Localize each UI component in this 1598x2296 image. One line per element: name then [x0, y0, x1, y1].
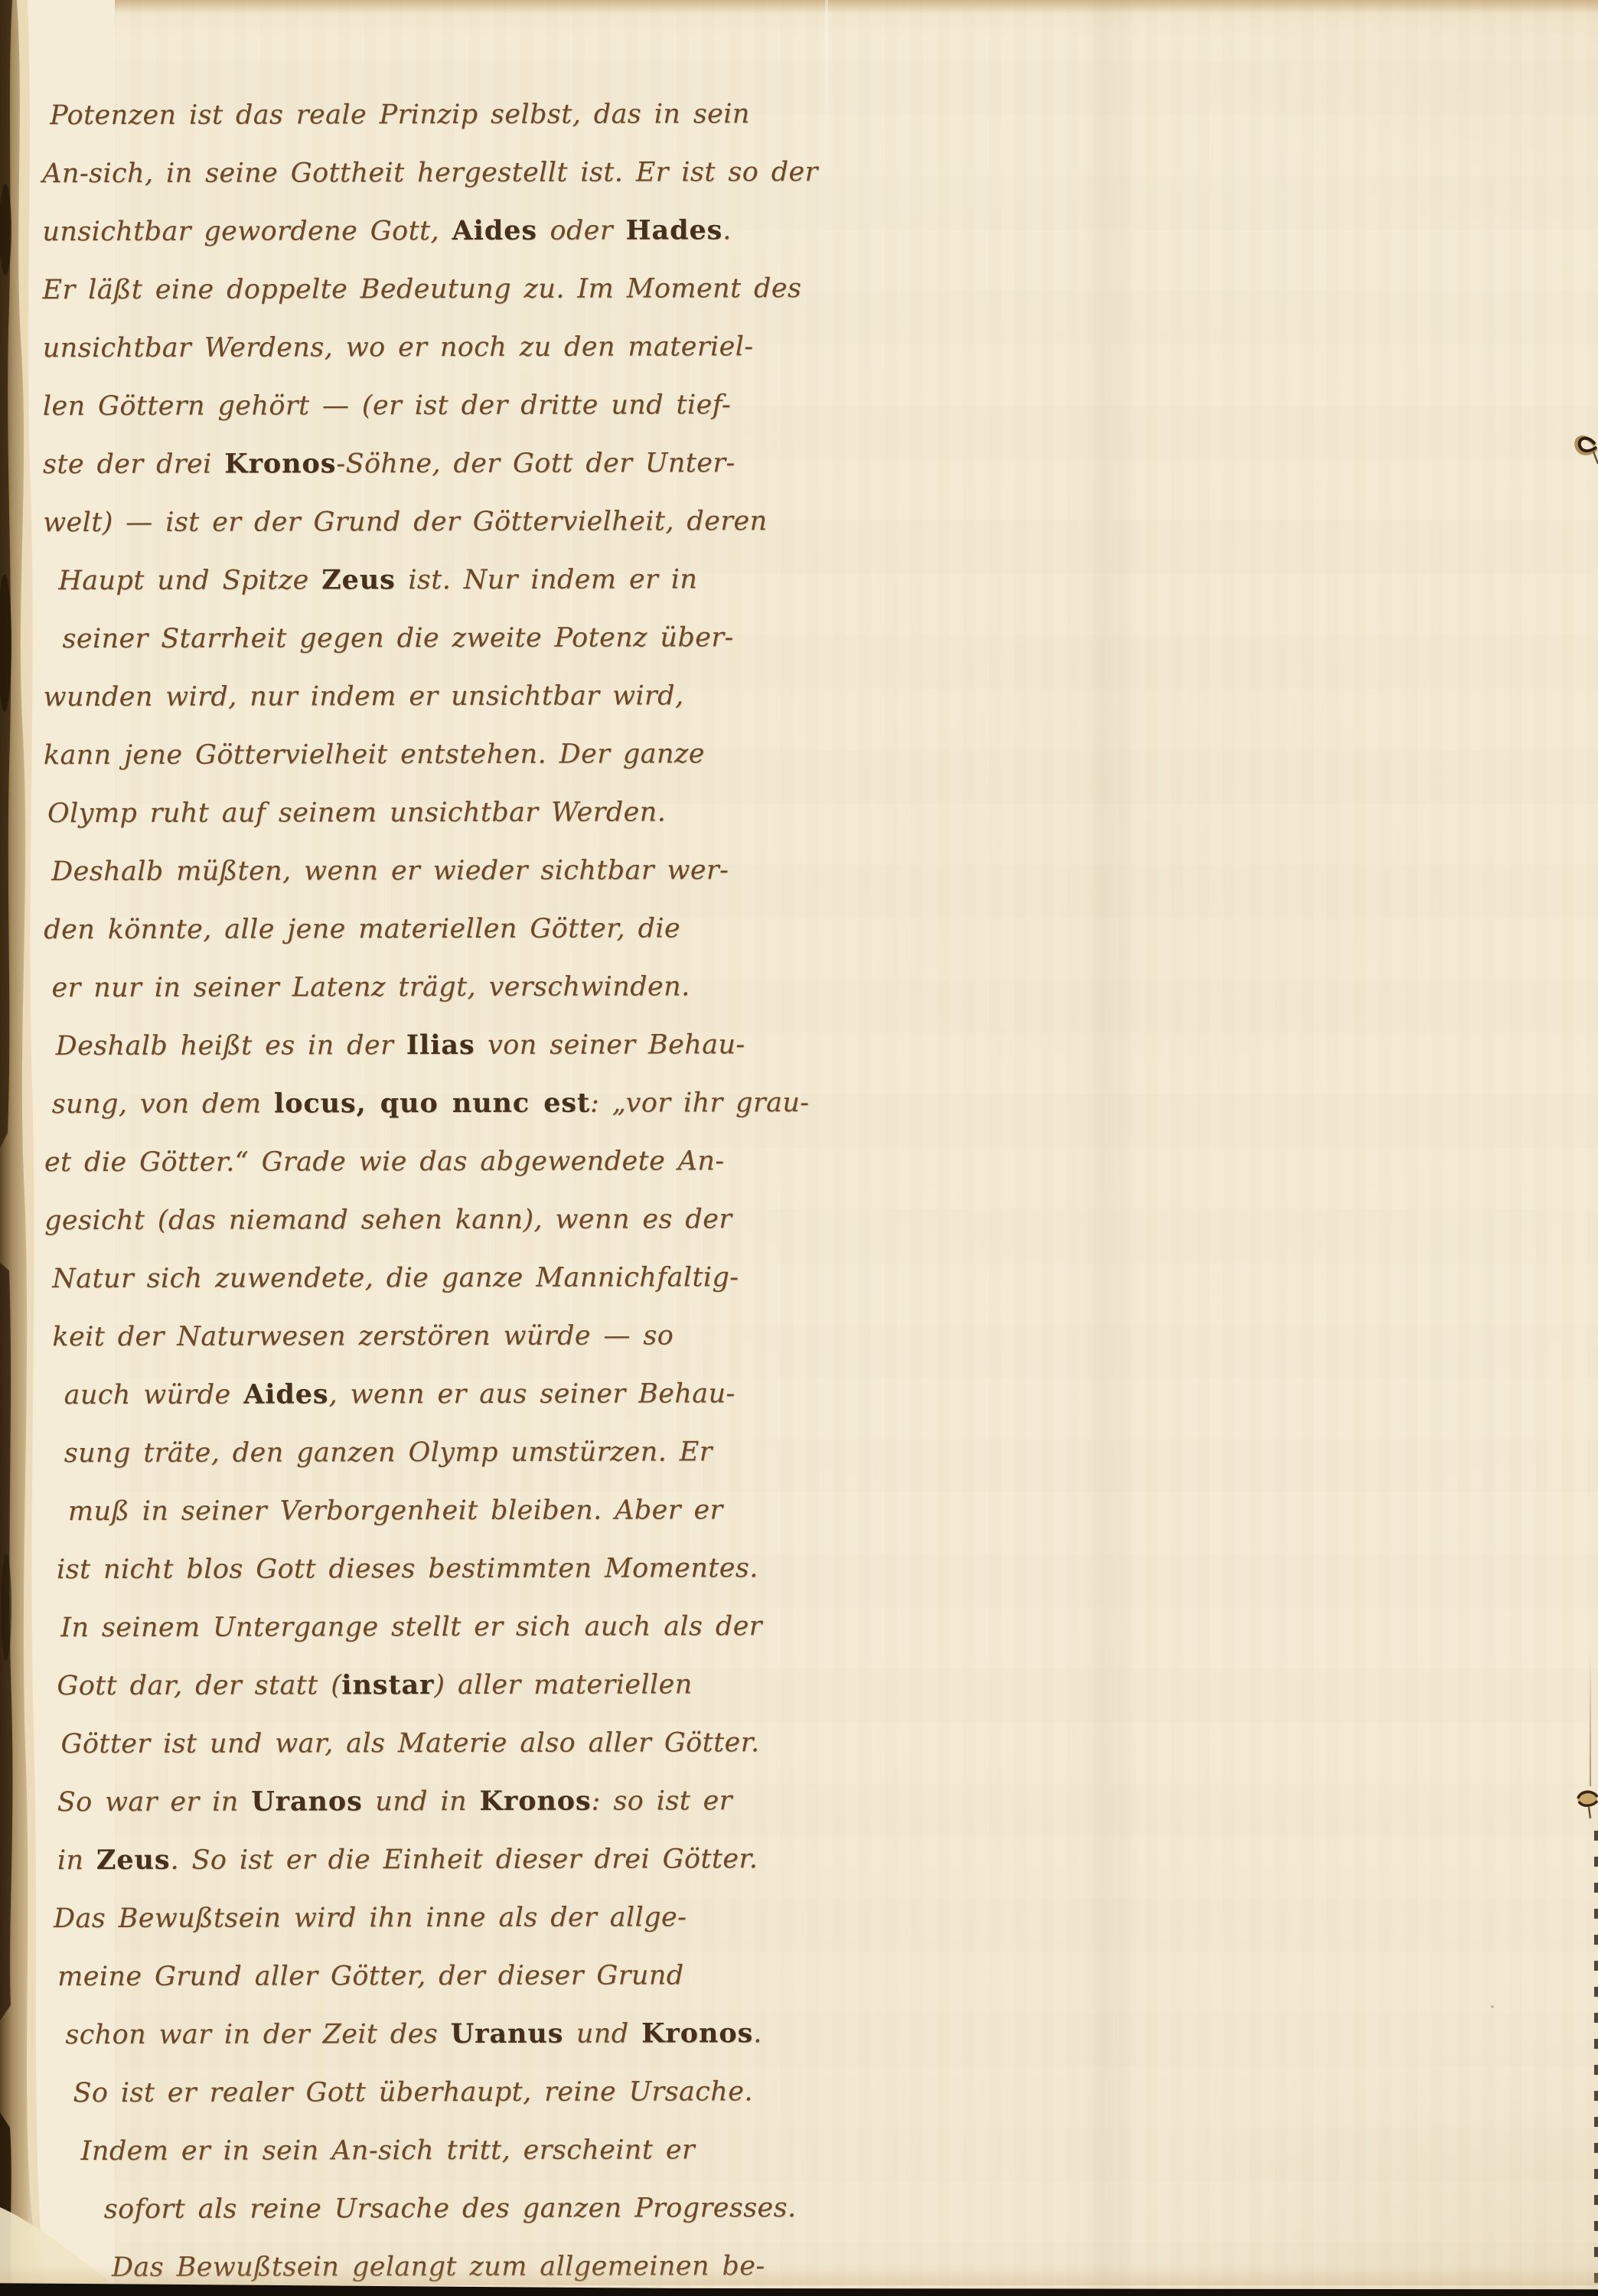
manuscript-line: keit der Naturwesen zerstören würde — so: [44, 1306, 890, 1366]
manuscript-line: seiner Starrheit gegen die zweite Potenz…: [43, 608, 889, 668]
latin-script-word: Kronos: [479, 1786, 591, 1817]
manuscript-line: Haupt und Spitze Zeus ist. Nur indem er …: [43, 550, 889, 610]
latin-script-word: Uranos: [251, 1786, 363, 1817]
latin-script-word: Uranus: [451, 2018, 564, 2050]
kurrent-text: Deshalb müßten, wenn er wieder sichtbar …: [51, 855, 729, 887]
manuscript-line: Götter ist und war, als Materie also all…: [45, 1714, 891, 1773]
manuscript-line: Er läßt eine doppelte Bedeutung zu. Im M…: [42, 259, 888, 319]
manuscript-line: Natur sich zuwendete, die ganze Mannichf…: [44, 1248, 890, 1308]
kurrent-text: sofort als reine Ursache des ganzen Prog…: [104, 2193, 797, 2225]
kurrent-text: : „vor ihr grau-: [590, 1088, 810, 1119]
kurrent-text: ste der drei: [43, 449, 224, 480]
manuscript-line: Gott dar, der statt (instar) aller mater…: [45, 1655, 891, 1715]
manuscript-line: Deshalb heißt es in der Ilias von seiner…: [44, 1016, 890, 1075]
kurrent-text: auch würde: [64, 1380, 244, 1411]
kurrent-text: muß in seiner Verborgenheit bleiben. Abe…: [68, 1495, 723, 1527]
kurrent-text: unsichtbar gewordene Gott,: [42, 216, 452, 247]
latin-script-word: instar: [341, 1669, 434, 1701]
kurrent-text: -Söhne, der Gott der Unter-: [336, 448, 735, 479]
kurrent-text: wunden wird, nur indem er unsichtbar wir…: [44, 680, 684, 713]
manuscript-line: in Zeus. So ist er die Einheit dieser dr…: [46, 1830, 892, 1890]
kurrent-text: den könnte, alle jene materiellen Götter…: [44, 913, 680, 945]
kurrent-text: , wenn er aus seiner Behau-: [328, 1378, 735, 1410]
latin-script-word: Kronos: [224, 448, 336, 479]
kurrent-text: An-sich, in seine Gottheit hergestellt i…: [42, 157, 818, 189]
page-top-edge-shadow: [0, 0, 1598, 14]
manuscript-line: Potenzen ist das reale Prinzip selbst, d…: [42, 85, 888, 145]
kurrent-text: Haupt und Spitze: [58, 565, 321, 596]
manuscript-text: Potenzen ist das reale Prinzip selbst, d…: [42, 85, 892, 2296]
kurrent-text: Deshalb heißt es in der: [56, 1030, 406, 1062]
binding-thread-knot-lower: [1572, 1780, 1598, 1818]
kurrent-text: in: [57, 1845, 96, 1876]
manuscript-line: Das Bewußtsein wird ihn inne als der all…: [46, 1888, 892, 1948]
kurrent-text: len Göttern gehört — (er ist der dritte …: [43, 390, 731, 422]
latin-script-word: Kronos: [641, 2017, 753, 2049]
latin-script-word: locus, quo nunc est: [274, 1088, 590, 1120]
kurrent-text: Er läßt eine doppelte Bedeutung zu. Im M…: [42, 273, 801, 305]
kurrent-text: Das Bewußtsein wird ihn inne als der all…: [54, 1902, 686, 1934]
kurrent-text: kann jene Göttervielheit entstehen. Der …: [44, 739, 705, 771]
kurrent-text: So war er in: [57, 1787, 252, 1818]
kurrent-text: Potenzen ist das reale Prinzip selbst, d…: [50, 99, 750, 131]
binding-thread-knot-upper: [1572, 426, 1598, 465]
manuscript-line: Deshalb müßten, wenn er wieder sichtbar …: [44, 841, 889, 901]
kurrent-text: Olymp ruht auf seinem unsichtbar Werden.: [47, 797, 666, 829]
paper-fold-line: [1078, 0, 1139, 2296]
kurrent-text: sung träte, den ganzen Olymp umstürzen. …: [64, 1437, 713, 1469]
manuscript-line: den könnte, alle jene materiellen Götter…: [44, 899, 889, 959]
manuscript-line: ist nicht blos Gott dieses bestimmten Mo…: [45, 1539, 891, 1599]
kurrent-text: Gott dar, der statt (: [57, 1670, 341, 1701]
kurrent-text: seiner Starrheit gegen die zweite Potenz…: [62, 622, 733, 654]
manuscript-line: In seinem Untergange stellt er sich auch…: [45, 1597, 891, 1657]
manuscript-line: wunden wird, nur indem er unsichtbar wir…: [44, 667, 889, 726]
kurrent-text: .: [753, 2018, 762, 2049]
manuscript-line: An-sich, in seine Gottheit hergestellt i…: [42, 143, 888, 203]
manuscript-line: sung träte, den ganzen Olymp umstürzen. …: [45, 1423, 891, 1482]
manuscript-page: Potenzen ist das reale Prinzip selbst, d…: [0, 0, 1598, 2296]
kurrent-text: Götter ist und war, als Materie also all…: [60, 1727, 759, 1760]
kurrent-text: Indem er in sein An-sich tritt, erschein…: [81, 2135, 696, 2167]
kurrent-text: schon war in der Zeit des: [65, 2019, 450, 2050]
manuscript-line: Olymp ruht auf seinem unsichtbar Werden.: [44, 783, 889, 843]
page-bottom-edge-highlight: [0, 2265, 1598, 2285]
latin-script-word: Hades: [625, 214, 722, 246]
manuscript-line: sofort als reine Ursache des ganzen Prog…: [47, 2179, 892, 2239]
manuscript-line: auch würde Aides, wenn er aus seiner Beh…: [44, 1365, 890, 1424]
kurrent-text: und in: [363, 1786, 480, 1817]
manuscript-line: welt) — ist er der Grund der Göttervielh…: [43, 492, 889, 552]
manuscript-line: gesicht (das niemand sehen kann), wenn e…: [44, 1190, 890, 1250]
latin-script-word: Aides: [243, 1378, 328, 1410]
manuscript-line: kann jene Göttervielheit entstehen. Der …: [44, 725, 889, 784]
manuscript-line: schon war in der Zeit des Uranus und Kro…: [46, 2004, 892, 2064]
latin-script-word: Zeus: [321, 564, 396, 595]
manuscript-line: meine Grund aller Götter, der dieser Gru…: [46, 1946, 892, 2006]
manuscript-line: er nur in seiner Latenz trägt, verschwin…: [44, 957, 889, 1017]
manuscript-line: Indem er in sein An-sich tritt, erschein…: [47, 2121, 892, 2180]
manuscript-line: So ist er realer Gott überhaupt, reine U…: [46, 2063, 892, 2122]
manuscript-line: et die Götter.“ Grade wie das abgewendet…: [44, 1132, 890, 1192]
kurrent-text: . So ist er die Einheit dieser drei Gött…: [170, 1844, 758, 1876]
manuscript-line: muß in seiner Verborgenheit bleiben. Abe…: [45, 1481, 891, 1541]
manuscript-line: len Göttern gehört — (er ist der dritte …: [43, 376, 889, 435]
page-edge-stitch-marks: [1594, 1831, 1598, 2285]
kurrent-text: unsichtbar Werdens, wo er noch zu den ma…: [43, 331, 754, 364]
kurrent-text: welt) — ist er der Grund der Göttervielh…: [43, 506, 767, 538]
kurrent-text: er nur in seiner Latenz trägt, verschwin…: [51, 971, 690, 1003]
kurrent-text: meine Grund aller Götter, der dieser Gru…: [57, 1960, 683, 1992]
kurrent-text: und: [563, 2019, 641, 2050]
kurrent-text: ) aller materiellen: [434, 1669, 692, 1701]
latin-script-word: Aides: [452, 215, 537, 246]
kurrent-text: oder: [537, 216, 626, 246]
manuscript-line: unsichtbar Werdens, wo er noch zu den ma…: [43, 318, 889, 377]
manuscript-line: sung, von dem locus, quo nunc est: „vor …: [44, 1074, 890, 1133]
kurrent-text: sung, von dem: [52, 1089, 274, 1120]
kurrent-text: gesicht (das niemand sehen kann), wenn e…: [44, 1204, 732, 1236]
kurrent-text: In seinem Untergange stellt er sich auch…: [60, 1611, 762, 1643]
kurrent-text: et die Götter.“ Grade wie das abgewendet…: [44, 1146, 725, 1178]
kurrent-text: ist. Nur indem er in: [396, 564, 698, 595]
latin-script-word: Zeus: [96, 1844, 171, 1876]
kurrent-text: : so ist er: [592, 1786, 732, 1816]
binding-thread-line: [1590, 1652, 1591, 1786]
manuscript-line: ste der drei Kronos-Söhne, der Gott der …: [43, 434, 889, 494]
kurrent-text: von seiner Behau-: [475, 1029, 745, 1061]
kurrent-text: keit der Naturwesen zerstören würde — so: [52, 1320, 673, 1352]
kurrent-text: Natur sich zuwendete, die ganze Mannichf…: [52, 1262, 739, 1294]
kurrent-text: ist nicht blos Gott dieses bestimmten Mo…: [57, 1553, 758, 1585]
kurrent-text: So ist er realer Gott überhaupt, reine U…: [73, 2076, 752, 2108]
manuscript-line: So war er in Uranos und in Kronos: so is…: [46, 1772, 892, 1831]
kurrent-text: .: [722, 215, 732, 246]
manuscript-line: unsichtbar gewordene Gott, Aides oder Ha…: [42, 201, 888, 261]
latin-script-word: Ilias: [406, 1029, 475, 1061]
